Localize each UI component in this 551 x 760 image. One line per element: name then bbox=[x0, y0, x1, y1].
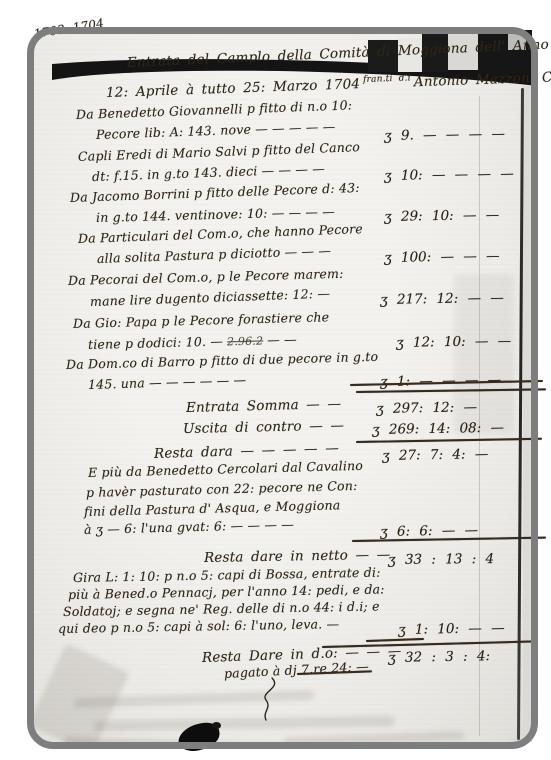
netto-label: Resta dare in netto — — bbox=[204, 547, 391, 566]
entry-amount: ʒ 217: 12: — — bbox=[380, 290, 504, 308]
entry-amount: ʒ 29: 10: — — bbox=[384, 207, 500, 225]
fold-crease-line bbox=[479, 96, 480, 736]
summary-amount: ʒ 297: 12: — bbox=[376, 399, 477, 417]
summary-amount: ʒ 27: 7: 4: — bbox=[382, 446, 489, 464]
manuscript-scan: 1703. 1704 Entrata del Camplo della Comi… bbox=[0, 0, 551, 760]
entry-line-text: — — bbox=[267, 332, 297, 348]
entry-amount: ʒ 9. — — — — bbox=[384, 126, 505, 144]
entry-amount: ʒ 10: — — — — bbox=[384, 166, 514, 184]
summary-amount: ʒ 269: 14: 08: — bbox=[372, 420, 504, 438]
struck-amount: 2.96.2 bbox=[227, 334, 264, 348]
page-right-margin-strip bbox=[523, 86, 532, 742]
summary-label: Uscita di contro — — bbox=[183, 418, 344, 437]
entry-amount: ʒ 12: 10: — — bbox=[396, 333, 512, 351]
final-amount: ʒ 32 : 3 : 4: bbox=[388, 648, 490, 666]
ink-blot-drop bbox=[212, 722, 221, 729]
pen-flourish bbox=[252, 676, 292, 722]
entry-amount: ʒ 100: — — — bbox=[384, 248, 500, 266]
title-line-2-superscript: fran.ti d.i bbox=[363, 73, 411, 85]
netto-amount: ʒ 33 : 13 : 4 bbox=[388, 551, 494, 568]
deduction-amount: ʒ 1: 10: — — bbox=[398, 620, 505, 638]
